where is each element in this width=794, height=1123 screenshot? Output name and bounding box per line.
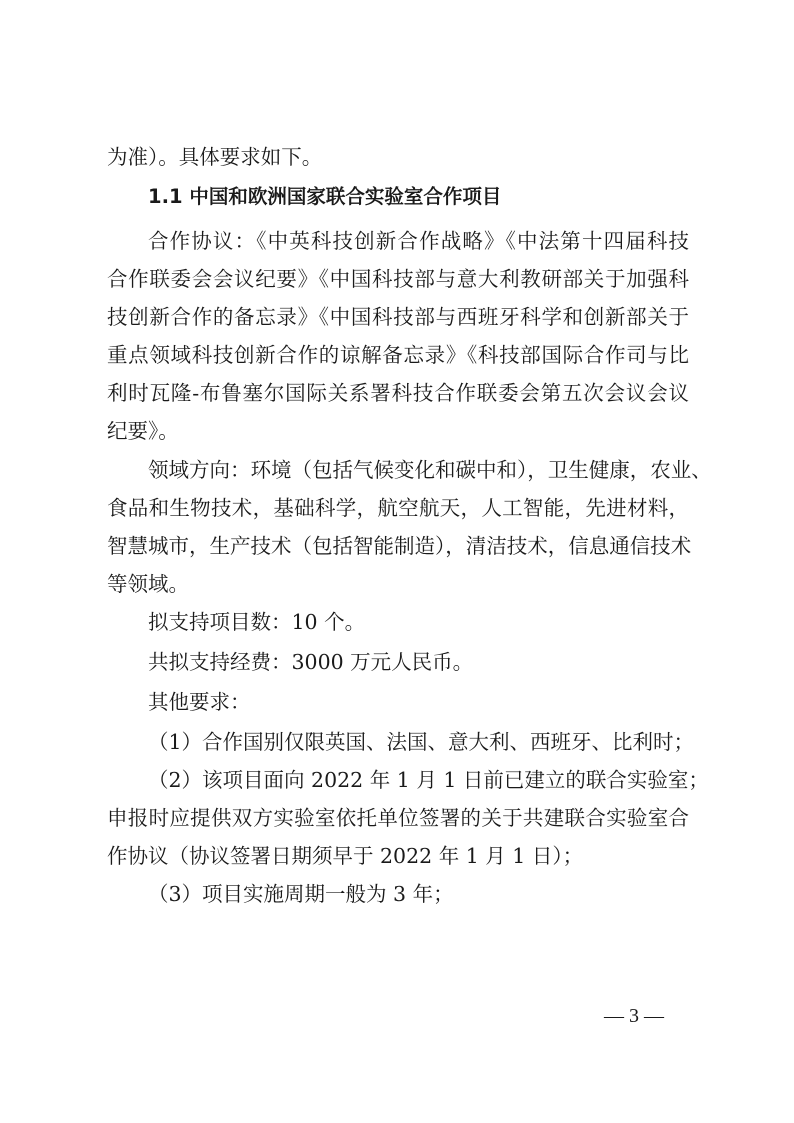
cooperation-agreements-line: 合作协议：《中英科技创新合作战略》《中法第十四届科技 <box>148 222 689 260</box>
requirement-item-2-continued: 作协议（协议签署日期须早于 2022 年 1 月 1 日）； <box>107 837 689 875</box>
requirement-item-1: （1）合作国别仅限英国、法国、意大利、西班牙、比利时； <box>148 723 689 761</box>
cooperation-agreements-line: 利时瓦隆-布鲁塞尔国际关系署科技合作联委会第五次会议会议 <box>107 374 689 412</box>
field-directions-line: 食品和生物技术，基础科学，航空航天，人工智能，先进材料， <box>107 489 689 527</box>
other-requirements-label: 其他要求： <box>148 683 689 721</box>
cooperation-agreements-line: 合作联委会会议纪要》《中国科技部与意大利教研部关于加强科 <box>107 260 689 298</box>
section-heading: 1.1 中国和欧洲国家联合实验室合作项目 <box>148 178 689 216</box>
requirement-item-3: （3）项目实施周期一般为 3 年； <box>148 875 689 913</box>
funding-line: 共拟支持经费：3000 万元人民币。 <box>148 643 689 681</box>
project-count-line: 拟支持项目数：10 个。 <box>148 603 689 641</box>
field-directions-line: 等领域。 <box>107 565 689 603</box>
requirement-item-2: （2）该项目面向 2022 年 1 月 1 日前已建立的联合实验室； <box>148 761 689 799</box>
cooperation-agreements-line: 纪要》。 <box>107 412 689 450</box>
document-page: 为准）。具体要求如下。 1.1 中国和欧洲国家联合实验室合作项目 合作协议：《中… <box>0 0 794 1123</box>
field-directions-line: 领域方向：环境（包括气候变化和碳中和），卫生健康，农业、 <box>148 451 689 489</box>
cooperation-agreements-line: 技创新合作的备忘录》《中国科技部与西班牙科学和创新部关于 <box>107 298 689 336</box>
requirement-item-2-continued: 申报时应提供双方实验室依托单位签署的关于共建联合实验室合 <box>107 799 689 837</box>
page-number: — 3 — <box>594 1000 674 1032</box>
paragraph-continuation: 为准）。具体要求如下。 <box>107 138 689 176</box>
cooperation-agreements-line: 重点领域科技创新合作的谅解备忘录》《科技部国际合作司与比 <box>107 336 689 374</box>
field-directions-line: 智慧城市，生产技术（包括智能制造），清洁技术，信息通信技术 <box>107 527 689 565</box>
